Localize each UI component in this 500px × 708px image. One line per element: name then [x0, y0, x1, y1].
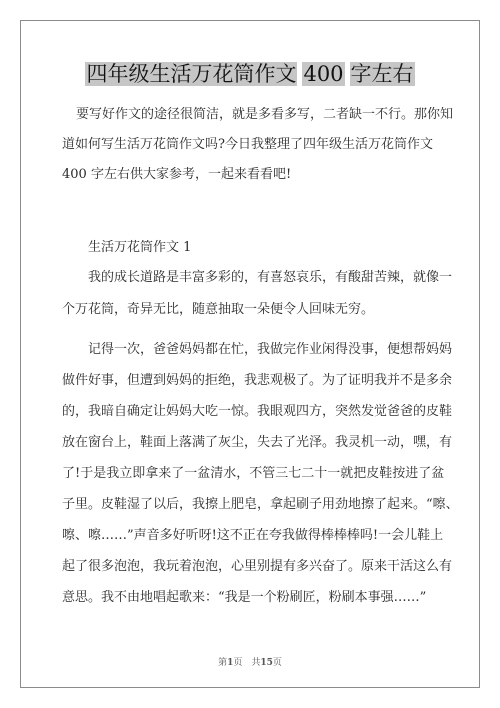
paragraph-line: 了!于是我立即拿来了一盆清水，不管三七二十一就把皮鞋按进了盆 [62, 466, 444, 482]
document-page: 四年级生活万花筒作文400字左右 要写好作文的途径很简洁，就是多看多写，二者缺一… [20, 20, 480, 688]
paragraph-line: 个万花筒，奇异无比，随意抽取一朵便令人回味无穷。 [62, 302, 374, 318]
paragraph-line: 子里。皮鞋湿了以后，我擦上肥皂，拿起刷子用劲地擦了起来。“嚓、 [62, 497, 459, 513]
intro-line: 要写好作文的途径很简洁，就是多看多写，二者缺一不行。那你知 [76, 107, 453, 123]
paragraph-line: 嚓、嚓……”声音多好听呀!这不正在夸我做得棒棒棒吗!一会儿鞋上 [62, 528, 443, 544]
document-title: 四年级生活万花筒作文400字左右 [21, 62, 479, 86]
total-pages-number: 15 [260, 658, 273, 668]
section-heading: 生活万花筒作文 1 [88, 240, 191, 256]
paragraph-line: 记得一次，爸爸妈妈都在忙，我做完作业闲得没事，便想帮妈妈 [88, 342, 452, 358]
footer-mid: 页 共 [233, 658, 260, 668]
page-footer: 第1页 共15页 [21, 655, 479, 668]
title-part-number: 400 [302, 62, 344, 86]
paragraph-line: 放在窗台上，鞋面上落满了灰尘，失去了光泽。我灵机一动，嘿，有 [62, 435, 452, 451]
footer-prefix: 第 [218, 658, 227, 668]
paragraph-line: 起了很多泡泡，我玩着泡泡，心里别提有多兴奋了。原来干活这么有 [62, 559, 452, 575]
paragraph-line: 意思。我不由地唱起歌来：“我是一个粉刷匠，粉刷本事强……” [62, 590, 426, 606]
footer-suffix: 页 [273, 658, 282, 668]
paragraph-line: 的，我暗自确定让妈妈大吃一惊。我眼观四方，突然发觉爸爸的皮鞋 [62, 404, 452, 420]
title-part-suffix: 字左右 [350, 62, 415, 86]
intro-line: 400 字左右供大家参考，一起来看看吧! [62, 167, 291, 183]
paragraph-line: 做件好事，但遭到妈妈的拒绝，我悲观极了。为了证明我并不是多余 [62, 373, 452, 389]
intro-line: 道如何写生活万花筒作文吗?今日我整理了四年级生活万花筒作文 [62, 137, 433, 153]
paragraph-line: 我的成长道路是丰富多彩的，有喜怒哀乐，有酸甜苦辣，就像一 [88, 270, 452, 286]
title-part-text: 四年级生活万花筒作文 [85, 62, 297, 86]
